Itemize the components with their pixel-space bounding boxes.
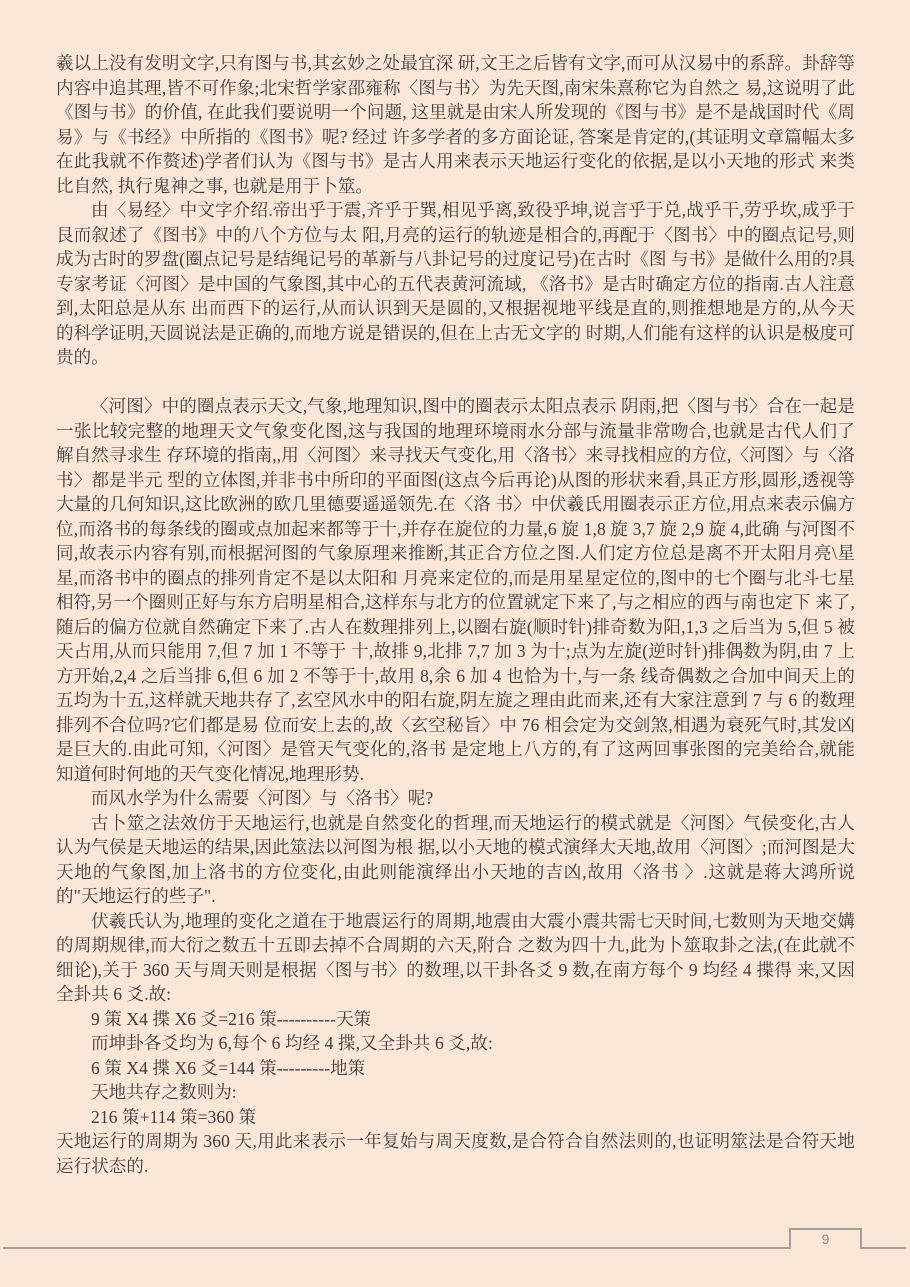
document-page: 羲以上没有发明文字,只有图与书,其玄妙之处最宜深 研,文王之后皆有文字,而可从汉… [0, 0, 910, 1287]
page-number-tab: 9 [789, 1228, 862, 1249]
page-number: 9 [822, 1231, 830, 1247]
footer-rule-left [3, 1247, 789, 1249]
paragraph-1: 羲以上没有发明文字,只有图与书,其玄妙之处最宜深 研,文王之后皆有文字,而可从汉… [56, 51, 855, 198]
paragraph-4-question: 而风水学为什么需要〈河图〉与〈洛书〉呢? [56, 786, 855, 811]
paragraph-gap [56, 370, 855, 395]
footer-rule-right [862, 1247, 906, 1249]
paragraph-2: 由〈易经〉中文字介绍.帝出乎于震,齐乎于巽,相见乎离,致役乎坤,说言乎于兑,战乎… [56, 198, 855, 370]
paragraph-6: 伏羲氏认为,地理的变化之道在于地震运行的周期,地震由大震小震共需七天时间,七数则… [56, 909, 855, 1007]
document-body: 羲以上没有发明文字,只有图与书,其玄妙之处最宜深 研,文王之后皆有文字,而可从汉… [56, 51, 855, 1178]
paragraph-5: 古卜筮之法效仿于天地运行,也就是自然变化的哲理,而天地运行的模式就是〈河图〉气侯… [56, 811, 855, 909]
page-footer: 9 [3, 1228, 906, 1249]
paragraph-8: 天地共存之数则为: [56, 1080, 855, 1105]
formula-earth-count: 6 策 X4 揲 X6 爻=144 策---------地策 [56, 1056, 855, 1081]
paragraph-7: 而坤卦各爻均为 6,每个 6 均经 4 揲,又全卦共 6 爻,故: [56, 1031, 855, 1056]
paragraph-9-conclusion: 天地运行的周期为 360 天,用此来表示一年复始与周天度数,是合符合自然法则的,… [56, 1129, 855, 1178]
paragraph-3: 〈河图〉中的圈点表示天文,气象,地理知识,图中的圈表示太阳点表示 阴雨,把〈图与… [56, 394, 855, 786]
formula-total-count: 216 策+114 策=360 策 [56, 1105, 855, 1130]
formula-heaven-count: 9 策 X4 揲 X6 爻=216 策----------天策 [56, 1007, 855, 1032]
